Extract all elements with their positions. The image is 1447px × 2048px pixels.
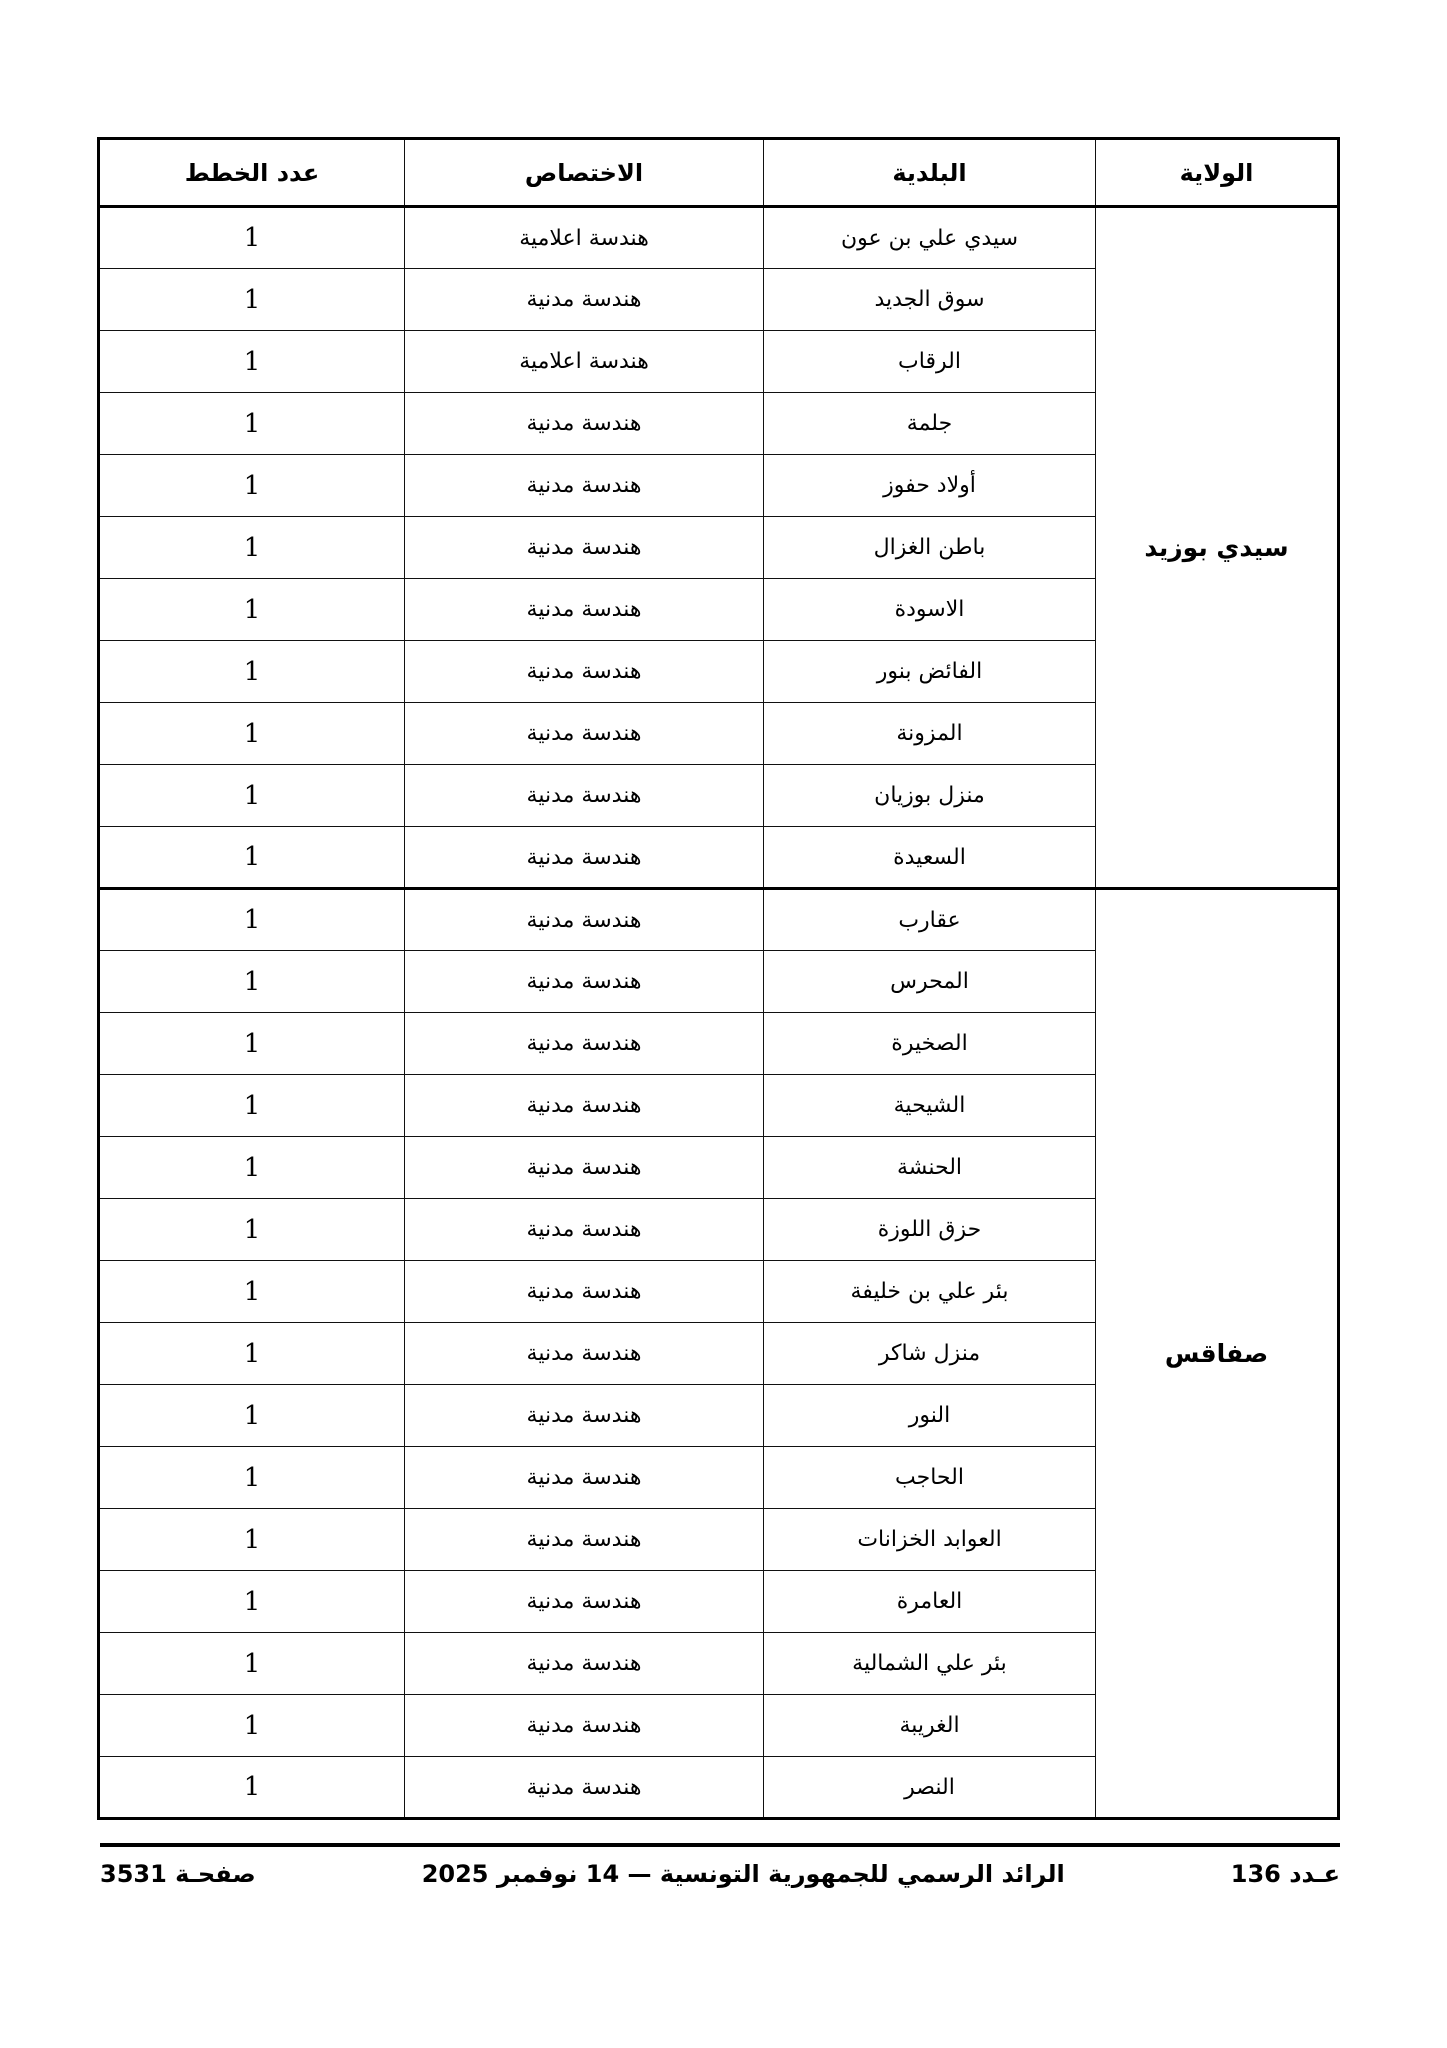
page-footer: عـدد 136 الرائد الرسمي للجمهورية التونسي… [100,1860,1340,1888]
specialty-cell: هندسة مدنية [405,827,764,889]
count-cell: 1 [99,269,405,331]
specialty-cell: هندسة مدنية [405,1447,764,1509]
count-cell: 1 [99,393,405,455]
specialty-cell: هندسة اعلامية [405,331,764,393]
specialty-cell: هندسة مدنية [405,1199,764,1261]
specialty-cell: هندسة مدنية [405,1571,764,1633]
gazette-page: الولاية البلدية الاختصاص عدد الخطط سيدي … [0,0,1447,2048]
municipality-cell: الحنشة [764,1137,1096,1199]
municipality-cell: الحاجب [764,1447,1096,1509]
footer-page-number: صفحـة 3531 [100,1860,256,1888]
specialty-cell: هندسة اعلامية [405,207,764,269]
specialty-cell: هندسة مدنية [405,1385,764,1447]
municipality-cell: النصر [764,1757,1096,1819]
specialty-cell: هندسة مدنية [405,1757,764,1819]
header-municipality: البلدية [764,139,1096,207]
specialty-cell: هندسة مدنية [405,703,764,765]
count-cell: 1 [99,1013,405,1075]
count-cell: 1 [99,1509,405,1571]
specialty-cell: هندسة مدنية [405,1633,764,1695]
specialty-cell: هندسة مدنية [405,393,764,455]
count-cell: 1 [99,641,405,703]
municipality-cell: الصخيرة [764,1013,1096,1075]
municipality-cell: منزل شاكر [764,1323,1096,1385]
count-cell: 1 [99,455,405,517]
municipality-cell: أولاد حفوز [764,455,1096,517]
count-cell: 1 [99,517,405,579]
specialty-cell: هندسة مدنية [405,1013,764,1075]
footer-issue-number: عـدد 136 [1231,1860,1340,1888]
municipality-cell: العوابد الخزانات [764,1509,1096,1571]
specialty-cell: هندسة مدنية [405,641,764,703]
table-body: سيدي بوزيدسيدي علي بن عونهندسة اعلامية1س… [99,207,1339,1819]
count-cell: 1 [99,1571,405,1633]
count-cell: 1 [99,1385,405,1447]
footer-journal-title: الرائد الرسمي للجمهورية التونسية — 14 نو… [422,1860,1065,1888]
count-cell: 1 [99,207,405,269]
municipality-cell: المحرس [764,951,1096,1013]
specialty-cell: هندسة مدنية [405,1261,764,1323]
municipality-cell: الغريبة [764,1695,1096,1757]
specialty-cell: هندسة مدنية [405,1695,764,1757]
municipality-cell: عقارب [764,889,1096,951]
count-cell: 1 [99,765,405,827]
specialty-cell: هندسة مدنية [405,517,764,579]
count-cell: 1 [99,951,405,1013]
count-cell: 1 [99,1261,405,1323]
footer-divider [100,1843,1340,1847]
header-count: عدد الخطط [99,139,405,207]
count-cell: 1 [99,579,405,641]
count-cell: 1 [99,1323,405,1385]
count-cell: 1 [99,703,405,765]
count-cell: 1 [99,1447,405,1509]
municipality-cell: الرقاب [764,331,1096,393]
specialty-cell: هندسة مدنية [405,889,764,951]
specialty-cell: هندسة مدنية [405,455,764,517]
specialty-cell: هندسة مدنية [405,269,764,331]
governorate-cell: صفاقس [1096,889,1339,1819]
specialty-cell: هندسة مدنية [405,1323,764,1385]
municipality-cell: سوق الجديد [764,269,1096,331]
count-cell: 1 [99,1695,405,1757]
table-header-row: الولاية البلدية الاختصاص عدد الخطط [99,139,1339,207]
specialty-cell: هندسة مدنية [405,951,764,1013]
municipality-cell: الاسودة [764,579,1096,641]
municipality-cell: باطن الغزال [764,517,1096,579]
specialty-cell: هندسة مدنية [405,765,764,827]
municipality-cell: العامرة [764,1571,1096,1633]
municipality-cell: بئر علي الشمالية [764,1633,1096,1695]
count-cell: 1 [99,1757,405,1819]
municipality-cell: سيدي علي بن عون [764,207,1096,269]
governorate-cell: سيدي بوزيد [1096,207,1339,889]
municipality-cell: المزونة [764,703,1096,765]
count-cell: 1 [99,1075,405,1137]
municipality-cell: منزل بوزيان [764,765,1096,827]
municipality-cell: الشيحية [764,1075,1096,1137]
specialty-cell: هندسة مدنية [405,1509,764,1571]
municipality-cell: الفائض بنور [764,641,1096,703]
municipality-cell: حزق اللوزة [764,1199,1096,1261]
count-cell: 1 [99,827,405,889]
specialty-cell: هندسة مدنية [405,1075,764,1137]
count-cell: 1 [99,1199,405,1261]
header-specialty: الاختصاص [405,139,764,207]
header-governorate: الولاية [1096,139,1339,207]
table-row: سيدي بوزيدسيدي علي بن عونهندسة اعلامية1 [99,207,1339,269]
municipality-cell: السعيدة [764,827,1096,889]
count-cell: 1 [99,889,405,951]
specialty-cell: هندسة مدنية [405,579,764,641]
recruitment-table: الولاية البلدية الاختصاص عدد الخطط سيدي … [97,137,1340,1820]
count-cell: 1 [99,331,405,393]
specialty-cell: هندسة مدنية [405,1137,764,1199]
table-row: صفاقسعقاربهندسة مدنية1 [99,889,1339,951]
count-cell: 1 [99,1633,405,1695]
municipality-cell: جلمة [764,393,1096,455]
municipality-cell: النور [764,1385,1096,1447]
municipality-cell: بئر علي بن خليفة [764,1261,1096,1323]
count-cell: 1 [99,1137,405,1199]
